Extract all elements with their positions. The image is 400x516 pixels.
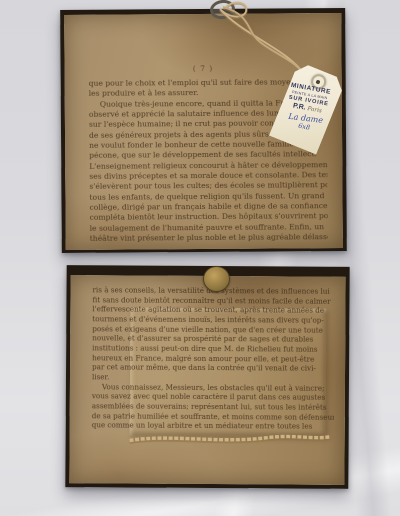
printed-text-line: par cet amour même, que dans la contrée …: [92, 363, 334, 374]
photo-scene: ( 7 ) que pour le choix et l'emploi qu'i…: [0, 0, 400, 516]
bottom-frame-back: ris à ses conseils, la versatilité des s…: [65, 265, 349, 489]
tag-city: Paris: [307, 106, 323, 114]
printed-text-line: théâtre vint présenter le plus noble et …: [90, 232, 328, 244]
bottom-frame-hanging-ring: [203, 266, 230, 292]
bottom-frame-printed-text: ris à ses conseils, la versatilité des s…: [92, 285, 335, 431]
bottom-frame-paper: ris à ses conseils, la versatilité des s…: [69, 275, 345, 485]
printed-text-line: que comme un loyal arbitre et un médiate…: [92, 420, 334, 431]
tag-hole: [316, 79, 321, 84]
tag-maker-mark: P.R.: [292, 102, 306, 111]
